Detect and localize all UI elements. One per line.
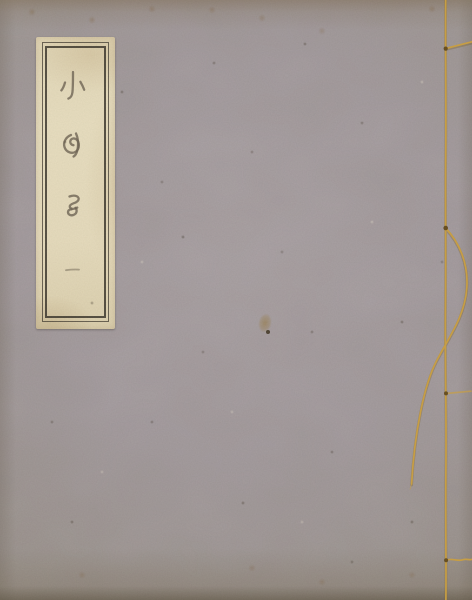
thread-stitch-mid	[446, 391, 471, 393]
book-cover: 小 ゆ き 一	[0, 0, 472, 600]
volume-mark-ichi: 一	[55, 252, 91, 288]
thread-frayed-end	[410, 484, 411, 489]
title-character-ko: 小	[55, 67, 91, 103]
stain-dot	[266, 330, 270, 334]
thread-loose-strand	[412, 228, 467, 484]
title-character-ki: き	[55, 187, 91, 223]
brush-glyph-ko	[55, 67, 91, 103]
thread-stitch-bottom	[446, 559, 472, 560]
brush-glyph-ichi	[55, 252, 91, 288]
brush-glyph-yu	[54, 125, 90, 161]
stitch-hole-2	[443, 226, 448, 231]
stitch-hole-4	[444, 558, 448, 562]
title-character-yu: ゆ	[54, 125, 90, 161]
stain-mark	[253, 308, 276, 337]
brush-glyph-ki	[55, 187, 91, 223]
thread-vertical-shadow	[445, 0, 446, 600]
thread-loose-shadow	[412, 229, 467, 485]
thread-vertical	[445, 0, 446, 600]
thread-stitch-top	[446, 42, 472, 49]
title-label: 小 ゆ き 一	[36, 37, 115, 329]
stitch-hole-1	[444, 47, 448, 51]
thread-stitch-top-shadow	[446, 43, 472, 50]
stitch-hole-3	[444, 391, 448, 395]
